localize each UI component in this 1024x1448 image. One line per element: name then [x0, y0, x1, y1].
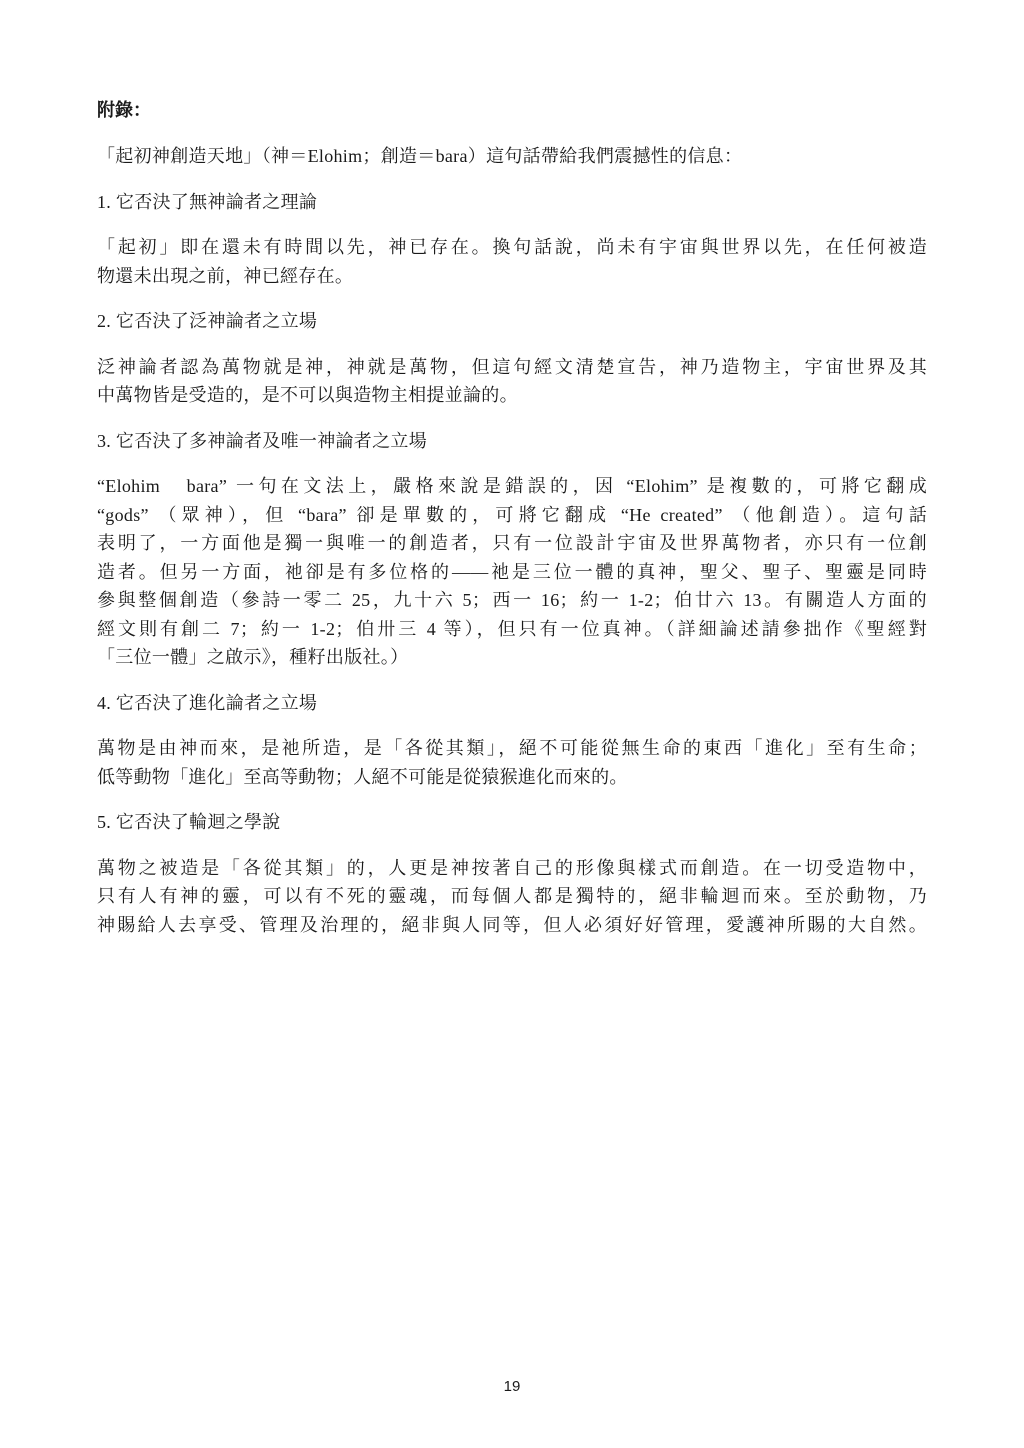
- body-line: 萬物是由神而來，是祂所造，是「各從其類」，絕不可能從無生命的東西「進化」至有生命…: [97, 734, 927, 763]
- section-heading: 2. 它否決了泛神論者之立場: [97, 307, 927, 336]
- section-heading: 3. 它否決了多神論者及唯一神論者之立場: [97, 427, 927, 456]
- section-heading: 4. 它否決了進化論者之立場: [97, 689, 927, 718]
- page-number: 19: [0, 1378, 1024, 1395]
- body-line: 經文則有創二 7；約一 1-2；伯卅三 4 等），但只有一位真神。（詳細論述請參…: [97, 615, 927, 644]
- section-3-body: “Elohim bara” 一句在文法上，嚴格來說是錯誤的，因 “Elohim”…: [97, 472, 927, 672]
- intro-paragraph: 「起初神創造天地」（神＝Elohim；創造＝bara）這句話帶給我們震撼性的信息…: [97, 142, 927, 171]
- body-line: 萬物之被造是「各從其類」的，人更是神按著自己的形像與樣式而創造。在一切受造物中，: [97, 854, 927, 883]
- body-line: 只有人有神的靈，可以有不死的靈魂，而每個人都是獨特的，絕非輪迴而來。至於動物，乃: [97, 882, 927, 911]
- section-1-heading: 1. 它否決了無神論者之理論: [97, 188, 927, 217]
- body-line: “gods” （眾神），但 “bara” 卻是單數的，可將它翻成 “He cre…: [97, 501, 927, 530]
- body-line: “Elohim bara” 一句在文法上，嚴格來說是錯誤的，因 “Elohim”…: [97, 472, 927, 501]
- section-heading: 5. 它否決了輪迴之學說: [97, 808, 927, 837]
- intro-line: 「起初神創造天地」（神＝Elohim；創造＝bara）這句話帶給我們震撼性的信息…: [97, 142, 927, 171]
- body-line: 造者。但另一方面，祂卻是有多位格的——祂是三位一體的真神，聖父、聖子、聖靈是同時: [97, 558, 927, 587]
- body-line: 參與整個創造（參詩一零二 25，九十六 5；西一 16；約一 1-2；伯廿六 1…: [97, 586, 927, 615]
- section-1-body: 「起初」即在還未有時間以先，神已存在。換句話說，尚未有宇宙與世界以先，在任何被造…: [97, 233, 927, 290]
- body-line: 「起初」即在還未有時間以先，神已存在。換句話說，尚未有宇宙與世界以先，在任何被造: [97, 233, 927, 262]
- section-2-body: 泛神論者認為萬物就是神，神就是萬物，但這句經文清楚宣告，神乃造物主，宇宙世界及其…: [97, 353, 927, 410]
- body-line: 泛神論者認為萬物就是神，神就是萬物，但這句經文清楚宣告，神乃造物主，宇宙世界及其: [97, 353, 927, 382]
- appendix-title: 附錄：: [97, 96, 927, 126]
- section-4-heading: 4. 它否決了進化論者之立場: [97, 689, 927, 718]
- section-3-heading: 3. 它否決了多神論者及唯一神論者之立場: [97, 427, 927, 456]
- body-line: 「三位一體」之啟示》，種籽出版社。）: [97, 643, 927, 672]
- section-4-body: 萬物是由神而來，是祂所造，是「各從其類」，絕不可能從無生命的東西「進化」至有生命…: [97, 734, 927, 791]
- body-line: 物還未出現之前，神已經存在。: [97, 262, 927, 291]
- body-line: 神賜給人去享受、管理及治理的，絕非與人同等，但人必須好好管理，愛護神所賜的大自然…: [97, 911, 927, 940]
- section-5-body: 萬物之被造是「各從其類」的，人更是神按著自己的形像與樣式而創造。在一切受造物中，…: [97, 854, 927, 940]
- section-5-heading: 5. 它否決了輪迴之學說: [97, 808, 927, 837]
- section-heading: 1. 它否決了無神論者之理論: [97, 188, 927, 217]
- section-2-heading: 2. 它否決了泛神論者之立場: [97, 307, 927, 336]
- body-line: 低等動物「進化」至高等動物；人絕不可能是從猿猴進化而來的。: [97, 763, 927, 792]
- document-page: 附錄： 「起初神創造天地」（神＝Elohim；創造＝bara）這句話帶給我們震撼…: [97, 96, 927, 956]
- body-line: 中萬物皆是受造的，是不可以與造物主相提並論的。: [97, 381, 927, 410]
- body-line: 表明了，一方面他是獨一與唯一的創造者，只有一位設計宇宙及世界萬物者，亦只有一位創: [97, 529, 927, 558]
